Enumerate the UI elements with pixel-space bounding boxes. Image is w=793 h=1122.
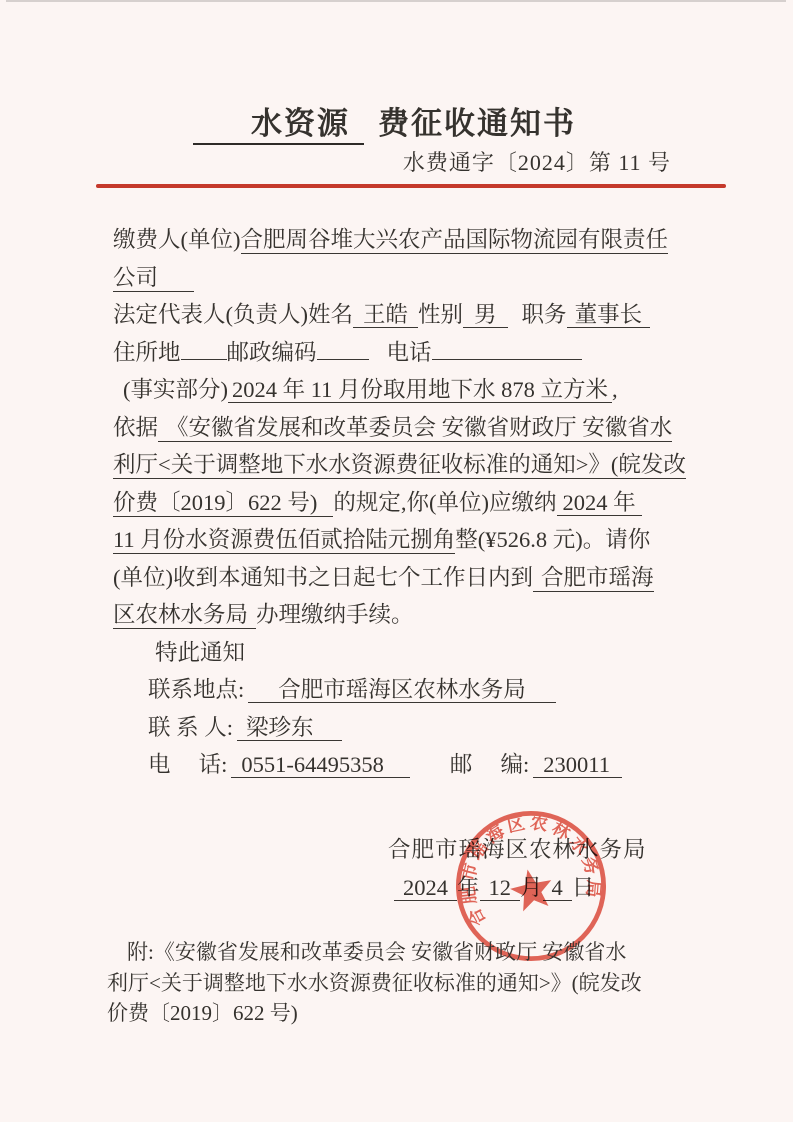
legal-rep-name: 王皓 xyxy=(353,302,418,328)
scan-edge-artifact xyxy=(6,0,786,2)
issue-month: 12 xyxy=(480,875,521,901)
duty-value: 董事长 xyxy=(567,302,651,328)
address-blank xyxy=(181,336,227,360)
contact-person-value: 梁珍东 xyxy=(237,715,342,741)
scanned-notice-page: 水资源费征收通知书 水费通字〔2024〕第 11 号 缴费人(单位)合肥周谷堆大… xyxy=(0,0,793,1122)
fact-line-5: 11 月份水资源费伍佰贰拾陆元捌角整(¥526.8 元)。请你 xyxy=(113,521,713,559)
notice-line: 特此通知 xyxy=(113,634,713,672)
legal-rep-line: 法定代表人(负责人)姓名王皓性别男职务董事长 xyxy=(113,296,713,334)
issue-date-line: 2024年12月4日 xyxy=(394,870,594,902)
gender-value: 男 xyxy=(463,302,508,328)
attachment-line2: 利厅<关于调整地下水水资源费征收标准的通知>》(皖发改 xyxy=(107,968,732,999)
payer-name-line1: 合肥周谷堆大兴农产品国际物流园有限责任 xyxy=(241,227,669,254)
fact-line-6: (单位)收到本通知书之日起七个工作日内到合肥市瑶海 xyxy=(113,559,713,597)
issuing-org-name: 合肥市瑶海区农林水务局 xyxy=(388,832,647,864)
contact-person-line: 联 系 人:梁珍东 xyxy=(113,709,713,747)
legal-rep-label: 法定代表人(负责人)姓名 xyxy=(113,302,353,327)
residence-line: 住所地邮政编码电话 xyxy=(113,334,713,372)
postcode-blank xyxy=(317,336,369,360)
document-number: 水费通字〔2024〕第 11 号 xyxy=(403,146,671,177)
period-line1: 2024 年 xyxy=(557,490,642,516)
duty-label: 职务 xyxy=(522,302,567,327)
year-unit: 年 xyxy=(457,875,480,900)
contact-person-label: 联 系 人: xyxy=(148,715,233,740)
contact-phone-line: 电 话:0551-64495358邮 编:230011 xyxy=(113,746,713,784)
closing-text: 办理缴纳手续。 xyxy=(256,602,414,627)
phone-label: 电话 xyxy=(387,340,432,365)
address-label: 住所地 xyxy=(113,340,181,365)
document-title: 水资源费征收通知书 xyxy=(193,98,576,143)
phone-blank xyxy=(432,336,582,360)
month-unit: 月 xyxy=(520,875,543,900)
issue-day: 4 xyxy=(543,875,572,901)
fact-prefix: (事实部分) xyxy=(123,377,228,402)
contact-phone-value: 0551-64495358 xyxy=(231,752,410,778)
gender-label: 性别 xyxy=(418,302,463,327)
title-underlined-part: 水资源 xyxy=(193,106,364,145)
red-header-rule xyxy=(96,184,726,188)
issue-year: 2024 xyxy=(394,875,457,901)
fact-line-1: (事实部分)2024 年 11 月份取用地下水 878 立方米, xyxy=(113,371,713,409)
office-line2: 区农林水务局 xyxy=(113,602,256,629)
fact-line-3: 利厅<关于调整地下水水资源费征收标准的通知>》(皖发改 xyxy=(113,446,713,484)
contact-phone-label: 电 话: xyxy=(148,752,227,777)
notice-body: 缴费人(单位)合肥周谷堆大兴农产品国际物流园有限责任 公司 法定代表人(负责人)… xyxy=(113,221,713,784)
payer-line: 缴费人(单位)合肥周谷堆大兴农产品国际物流园有限责任 xyxy=(113,221,713,259)
attachment-line1: 附:《安徽省发展和改革委员会 安徽省财政厅 安徽省水 xyxy=(107,937,732,968)
fact-line-7: 区农林水务局办理缴纳手续。 xyxy=(113,596,713,634)
basis-line2: 利厅<关于调整地下水水资源费征收标准的通知>》(皖发改 xyxy=(113,452,686,479)
basis-line1: 《安徽省发展和改革委员会 安徽省财政厅 安徽省水 xyxy=(158,415,672,442)
payer-line-2: 公司 xyxy=(113,259,713,297)
contact-address-label: 联系地点: xyxy=(148,677,244,702)
basis-line3: 价费〔2019〕622 号) xyxy=(113,490,333,517)
office-line1: 合肥市瑶海 xyxy=(533,565,654,592)
attachment-line3: 价费〔2019〕622 号) xyxy=(107,998,732,1029)
contact-postcode-label: 邮 编: xyxy=(450,752,529,777)
contact-postcode-value: 230011 xyxy=(533,752,622,778)
fact-usage-comma: , xyxy=(612,377,618,402)
day-unit: 日 xyxy=(572,875,595,900)
payer-name-line2: 公司 xyxy=(113,265,194,292)
rule-text: 的规定,你(单位)应缴纳 xyxy=(333,490,556,515)
fact-usage: 2024 年 11 月份取用地下水 878 立方米 xyxy=(228,377,612,403)
seal-arc-text: 合肥市瑶海区农林水务局 xyxy=(445,800,609,931)
basis-label: 依据 xyxy=(113,415,158,440)
payer-label: 缴费人(单位) xyxy=(113,227,241,252)
title-rest-part: 费征收通知书 xyxy=(378,106,576,141)
fact-line-4: 价费〔2019〕622 号)的规定,你(单位)应缴纳2024 年 xyxy=(113,484,713,522)
contact-address-value: 合肥市瑶海区农林水务局 xyxy=(248,677,556,703)
notice-text: 特此通知 xyxy=(155,640,245,665)
fact-line-2: 依据《安徽省发展和改革委员会 安徽省财政厅 安徽省水 xyxy=(113,409,713,447)
postcode-label: 邮政编码 xyxy=(227,340,317,365)
attachment-note: 附:《安徽省发展和改革委员会 安徽省财政厅 安徽省水 利厅<关于调整地下水水资源… xyxy=(107,937,732,1029)
period-line2: 11 月份水资源费伍佰贰拾陆元捌角 xyxy=(113,527,455,554)
amount-rest: 整(¥526.8 元)。请你 xyxy=(455,527,650,552)
contact-address-line: 联系地点:合肥市瑶海区农林水务局 xyxy=(113,671,713,709)
deadline-text: (单位)收到本通知书之日起七个工作日内到 xyxy=(113,565,533,590)
